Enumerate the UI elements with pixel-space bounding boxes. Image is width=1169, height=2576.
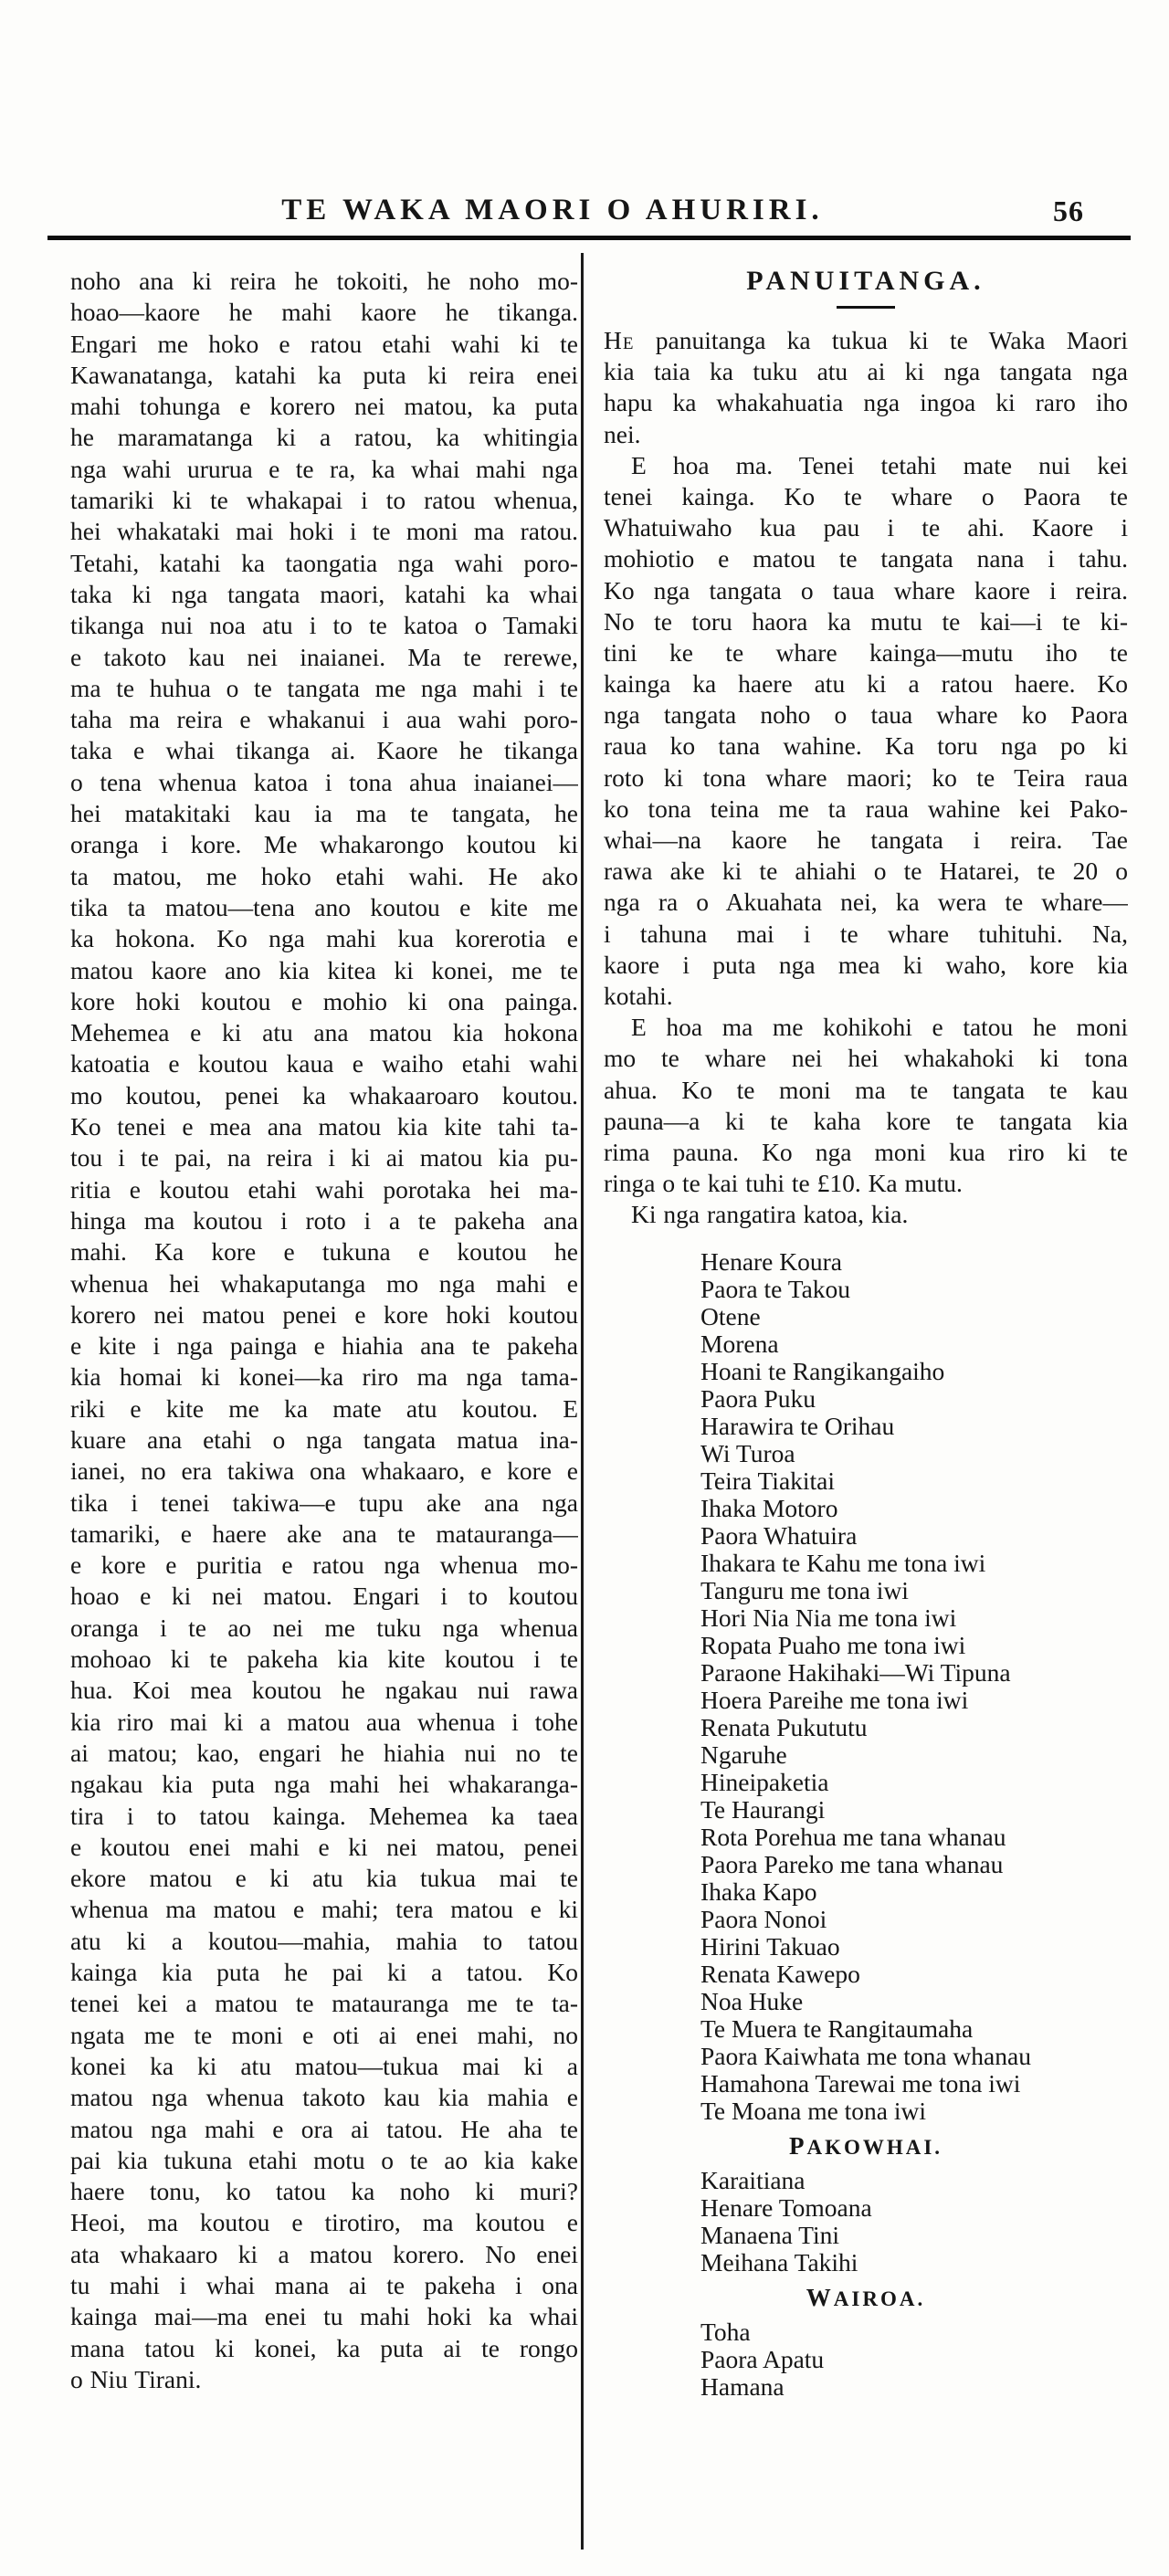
name-entry: Wi Turoa bbox=[700, 1440, 1128, 1467]
text-line: mana tatou ki konei, ka puta ai te rongo bbox=[70, 2333, 578, 2364]
text-line: kia homai ki konei—ka riro ma nga tama- bbox=[70, 1362, 578, 1393]
text-line: Engari me hoko e ratou etahi wahi ki te bbox=[70, 329, 578, 360]
name-entry: Paora Puku bbox=[700, 1385, 1128, 1413]
name-entry: Teira Tiakitai bbox=[700, 1467, 1128, 1495]
text-line: pauna—a ki te kaha kore te tangata kia bbox=[604, 1106, 1128, 1137]
text-line: e kite i nga painga e hiahia ana te pake… bbox=[70, 1330, 578, 1362]
name-entry: Paora Apatu bbox=[700, 2346, 1128, 2373]
text-line: nga ra o Akuahata nei, ka wera te whare— bbox=[604, 887, 1128, 918]
text-line: haere tonu, ko tatou ka noho ki muri? bbox=[70, 2176, 578, 2207]
name-entry: Tanguru me tona iwi bbox=[700, 1577, 1128, 1604]
name-entry: Karaitiana bbox=[700, 2167, 1128, 2194]
text-line: pai kia tukuna etahi motu o te ao kia ka… bbox=[70, 2145, 578, 2176]
text-line: tamariki, e haere ake ana te matauranga— bbox=[70, 1519, 578, 1550]
text-line: ianei, no era takiwa ona whakaaro, e kor… bbox=[70, 1456, 578, 1487]
text-line: He panuitanga ka tukua ki te Waka Maori bbox=[604, 325, 1128, 356]
text-line: kotahi. bbox=[604, 981, 1128, 1012]
text-line: korero nei matou penei e kore hoki kouto… bbox=[70, 1299, 578, 1330]
name-entry: Renata Pukututu bbox=[700, 1714, 1128, 1741]
text-line: ringa o te kai tuhi te £10. Ka mutu. bbox=[604, 1168, 1128, 1199]
text-line: ko tona teina me ta raua wahine kei Pako… bbox=[604, 794, 1128, 825]
text-line: mo koutou, penei ka whakaaroaro koutou. bbox=[70, 1080, 578, 1111]
text-line: hinga ma koutou i roto i a te pakeha ana bbox=[70, 1205, 578, 1236]
lead-smallcaps: He bbox=[604, 326, 634, 354]
text-line: E hoa ma. Tenei tetahi mate nui kei bbox=[604, 450, 1128, 481]
text-line: E hoa ma me kohikohi e tatou he moni bbox=[604, 1012, 1128, 1043]
text-line: Ko tenei e mea ana matou kia kite tahi t… bbox=[70, 1111, 578, 1142]
text-line: oranga i kore. Me whakarongo koutou ki bbox=[70, 829, 578, 860]
name-entry: Paora Nonoi bbox=[700, 1906, 1128, 1933]
text-line: o Niu Tirani. bbox=[70, 2364, 578, 2395]
section-names-list: TohaPaora ApatuHamana bbox=[604, 2318, 1128, 2401]
text-line: taka ki nga tangata maori, katahi ka wha… bbox=[70, 579, 578, 610]
text-line: matou nga mahi e ora ai tatou. He aha te bbox=[70, 2114, 578, 2145]
text-line: tu mahi i whai mana ai te pakeha i ona bbox=[70, 2270, 578, 2301]
name-entry: Rota Porehua me tana whanau bbox=[700, 1824, 1128, 1851]
text-line: Whatuiwaho kua pau i te ahi. Kaore i bbox=[604, 512, 1128, 543]
text-line: ta matou, me hoko etahi wahi. He ako bbox=[70, 861, 578, 892]
text-line: ma te huhua o te tangata me nga mahi i t… bbox=[70, 673, 578, 704]
name-entry: Paraone Hakihaki—Wi Tipuna bbox=[700, 1659, 1128, 1687]
section-heading: PAKOWHAI. bbox=[604, 2132, 1128, 2161]
text-line: Ko nga tangata o taua whare kaore i reir… bbox=[604, 575, 1128, 606]
name-entry: Ihaka Kapo bbox=[700, 1878, 1128, 1906]
text-line: ritia e koutou etahi wahi porotaka hei m… bbox=[70, 1174, 578, 1205]
name-entry: Te Haurangi bbox=[700, 1796, 1128, 1824]
text-line: konei ka ki atu matou—tukua mai ki a bbox=[70, 2051, 578, 2082]
name-entry: Renata Kawepo bbox=[700, 1961, 1128, 1988]
text-line: o tena whenua katoa i tona ahua inaianei… bbox=[70, 767, 578, 798]
text-line: kainga mai—ma enei tu mahi hoki ka whai bbox=[70, 2301, 578, 2332]
text-line: kaore i puta nga mea ki waho, kore kia bbox=[604, 950, 1128, 981]
name-entry: Toha bbox=[700, 2318, 1128, 2346]
right-column: PANUITANGA. He panuitanga ka tukua ki te… bbox=[604, 267, 1128, 2401]
panuitanga-heading: PANUITANGA. bbox=[604, 267, 1128, 296]
name-entry: Paora Pareko me tana whanau bbox=[700, 1851, 1128, 1878]
text-line: e takoto kau nei inaianei. Ma te rerewe, bbox=[70, 642, 578, 673]
name-entry: Hoani te Rangikangaiho bbox=[700, 1358, 1128, 1385]
text-line: Ki nga rangatira katoa, kia. bbox=[604, 1199, 1128, 1230]
text-line: hei whakataki mai hoki i te moni ma rato… bbox=[70, 516, 578, 547]
text-line: mohoao ki te pakeha kia kite koutou i te bbox=[70, 1644, 578, 1675]
section-heading: WAIROA. bbox=[604, 2284, 1128, 2313]
name-entry: Ihaka Motoro bbox=[700, 1495, 1128, 1522]
text-line: nga tangata noho o taua whare ko Paora bbox=[604, 699, 1128, 731]
text-line: e kore e puritia e ratou nga whenua mo- bbox=[70, 1550, 578, 1581]
page-title: TE WAKA MAORI O AHURIRI. bbox=[0, 194, 1105, 227]
text-line: he maramatanga ki a ratou, ka whitingia bbox=[70, 422, 578, 453]
text-line: tira i to tatou kainga. Mehemea ka taea bbox=[70, 1801, 578, 1832]
heading-rule bbox=[837, 306, 895, 309]
text-line: kainga kia puta he pai ki a tatou. Ko bbox=[70, 1957, 578, 1988]
text-line: ai matou; kao, engari he hiahia nui no t… bbox=[70, 1738, 578, 1769]
text-line: tika ta matou—tena ano koutou e kite me bbox=[70, 892, 578, 923]
text-line: Heoi, ma koutou e tirotiro, ma koutou e bbox=[70, 2207, 578, 2238]
name-entry: Harawira te Orihau bbox=[700, 1413, 1128, 1440]
name-entry: Hirini Takuao bbox=[700, 1933, 1128, 1961]
text-line: roto ki tona whare maori; ko te Teira ra… bbox=[604, 762, 1128, 794]
text-line: ngakau kia puta nga mahi hei whakaranga- bbox=[70, 1769, 578, 1800]
header-rule bbox=[47, 236, 1131, 240]
name-entry: Otene bbox=[700, 1303, 1128, 1330]
text-line: katoatia e koutou kaua e waiho etahi wah… bbox=[70, 1048, 578, 1079]
text-line: tamariki ki te whakapai i to ratou whenu… bbox=[70, 485, 578, 516]
text-line: hei matakitaki kau ia ma te tangata, he bbox=[70, 798, 578, 829]
name-entry: Te Muera te Rangitaumaha bbox=[700, 2015, 1128, 2043]
name-entry: Te Moana me tona iwi bbox=[700, 2098, 1128, 2125]
name-entry: Hoera Pareihe me tona iwi bbox=[700, 1687, 1128, 1714]
page-number: 56 bbox=[1053, 195, 1084, 228]
text-line: mahi tohunga e korero nei matou, ka puta bbox=[70, 391, 578, 422]
name-entry: Hineipaketia bbox=[700, 1769, 1128, 1796]
text-line: mohiotio e matou te tangata nana i tahu. bbox=[604, 543, 1128, 574]
text-line: kuare ana etahi o nga tangata matua ina- bbox=[70, 1425, 578, 1456]
name-entry: Ropata Puaho me tona iwi bbox=[700, 1632, 1128, 1659]
left-column: noho ana ki reira he tokoiti, he noho mo… bbox=[70, 266, 578, 2395]
text-line: mahi. Ka kore e tukuna e koutou he bbox=[70, 1236, 578, 1267]
text-line: taka e whai tikanga ai. Kaore he tikanga bbox=[70, 735, 578, 766]
text-line: tini ke te whare kainga—mutu iho te bbox=[604, 637, 1128, 668]
text-line: ngata me te moni e oti ai enei mahi, no bbox=[70, 2020, 578, 2051]
text-line: atu ki a koutou—mahia, mahia to tatou bbox=[70, 1926, 578, 1957]
text-line: rawa ake ki te ahiahi o te Hatarei, te 2… bbox=[604, 856, 1128, 887]
name-entry: Paora Whatuira bbox=[700, 1522, 1128, 1550]
name-entry: Henare Koura bbox=[700, 1248, 1128, 1276]
text-line: rima pauna. Ko nga moni kua riro ki te bbox=[604, 1137, 1128, 1168]
name-entry: Meihana Takihi bbox=[700, 2249, 1128, 2276]
text-line: whenua ma matou e mahi; tera matou e ki bbox=[70, 1894, 578, 1925]
name-entry: Paora te Takou bbox=[700, 1276, 1128, 1303]
text-line: e koutou enei mahi e ki nei matou, penei bbox=[70, 1832, 578, 1863]
text-line: matou nga whenua takoto kau kia mahia e bbox=[70, 2082, 578, 2113]
name-entry: Hamahona Tarewai me tona iwi bbox=[700, 2070, 1128, 2098]
text-line: No te toru haora ka mutu te kai—i te ki- bbox=[604, 606, 1128, 637]
text-line: matou kaore ano kia kitea ki konei, me t… bbox=[70, 955, 578, 986]
text-line: kore hoki koutou e mohio ki ona painga. bbox=[70, 986, 578, 1017]
text-line: oranga i te ao nei me tuku nga whenua bbox=[70, 1613, 578, 1644]
text-line: hoao e ki nei matou. Engari i to koutou bbox=[70, 1581, 578, 1612]
text-line: Mehemea e ki atu ana matou kia hokona bbox=[70, 1017, 578, 1048]
text-line: tou i te pai, na reira i ki ai matou kia… bbox=[70, 1142, 578, 1173]
text-line: whenua hei whakaputanga mo nga mahi e bbox=[70, 1268, 578, 1299]
text-line: tenei kainga. Ko te whare o Paora te bbox=[604, 481, 1128, 512]
text-line: nei. bbox=[604, 419, 1128, 450]
text-line: Tetahi, katahi ka taongatia nga wahi por… bbox=[70, 548, 578, 579]
text-line: Kawanatanga, katahi ka puta ki reira ene… bbox=[70, 360, 578, 391]
text-line: tika i tenei takiwa—e tupu ake ana nga bbox=[70, 1488, 578, 1519]
name-entry: Hori Nia Nia me tona iwi bbox=[700, 1604, 1128, 1632]
text-line: ata whakaaro ki a matou korero. No enei bbox=[70, 2239, 578, 2270]
text-line: kia taia ka tuku atu ai ki nga tangata n… bbox=[604, 356, 1128, 387]
panuitanga-paragraphs: He panuitanga ka tukua ki te Waka Maorik… bbox=[604, 325, 1128, 1230]
name-entry: Paora Kaiwhata me tona whanau bbox=[700, 2043, 1128, 2070]
text-line: riki e kite me ka mate atu koutou. E bbox=[70, 1393, 578, 1425]
name-entry: Manaena Tini bbox=[700, 2222, 1128, 2249]
text-line: hoao—kaore he mahi kaore he tikanga. bbox=[70, 297, 578, 328]
text-line: ahua. Ko te moni ma te tangata te kau bbox=[604, 1075, 1128, 1106]
text-line: tenei kei a matou te matauranga me te ta… bbox=[70, 1988, 578, 2019]
column-divider bbox=[581, 253, 584, 2550]
text-line: hapu ka whakahuatia nga ingoa ki raro ih… bbox=[604, 387, 1128, 418]
text-line: raua ko tana wahine. Ka toru nga po ki bbox=[604, 731, 1128, 762]
name-entry: Morena bbox=[700, 1330, 1128, 1358]
text-line: nga wahi ururua e te ra, ka whai mahi ng… bbox=[70, 454, 578, 485]
text-line: kainga ka haere atu ki a ratou haere. Ko bbox=[604, 668, 1128, 699]
text-line: i tahuna mai i te whare tuhituhi. Na, bbox=[604, 919, 1128, 950]
text-line: ekore matou e ki atu kia tukua mai te bbox=[70, 1863, 578, 1894]
section-names-list: KaraitianaHenare TomoanaManaena TiniMeih… bbox=[604, 2167, 1128, 2276]
text-line: taha ma reira e whakanui i aua wahi poro… bbox=[70, 704, 578, 735]
text-line: kia riro mai ki a matou aua whenua i toh… bbox=[70, 1707, 578, 1738]
text-line: ka hokona. Ko nga mahi kua korerotia e bbox=[70, 923, 578, 954]
name-entry: Ihakara te Kahu me tona iwi bbox=[700, 1550, 1128, 1577]
name-entry: Henare Tomoana bbox=[700, 2194, 1128, 2222]
place-sections: PAKOWHAI.KaraitianaHenare TomoanaManaena… bbox=[604, 2132, 1128, 2401]
newspaper-page: TE WAKA MAORI O AHURIRI. 56 noho ana ki … bbox=[0, 0, 1169, 2576]
text-line: hua. Koi mea koutou he ngakau nui rawa bbox=[70, 1675, 578, 1706]
name-entry: Hamana bbox=[700, 2373, 1128, 2401]
text-line: mo te whare nei hei whakahoki ki tona bbox=[604, 1043, 1128, 1074]
name-entry: Noa Huke bbox=[700, 1988, 1128, 2015]
name-entry: Ngaruhe bbox=[700, 1741, 1128, 1769]
text-line: tikanga nui noa atu i to te katoa o Tama… bbox=[70, 610, 578, 641]
text-line: whai—na kaore he tangata i reira. Tae bbox=[604, 825, 1128, 856]
signatories-list: Henare KouraPaora te TakouOteneMorenaHoa… bbox=[604, 1248, 1128, 2125]
text-line: noho ana ki reira he tokoiti, he noho mo… bbox=[70, 266, 578, 297]
